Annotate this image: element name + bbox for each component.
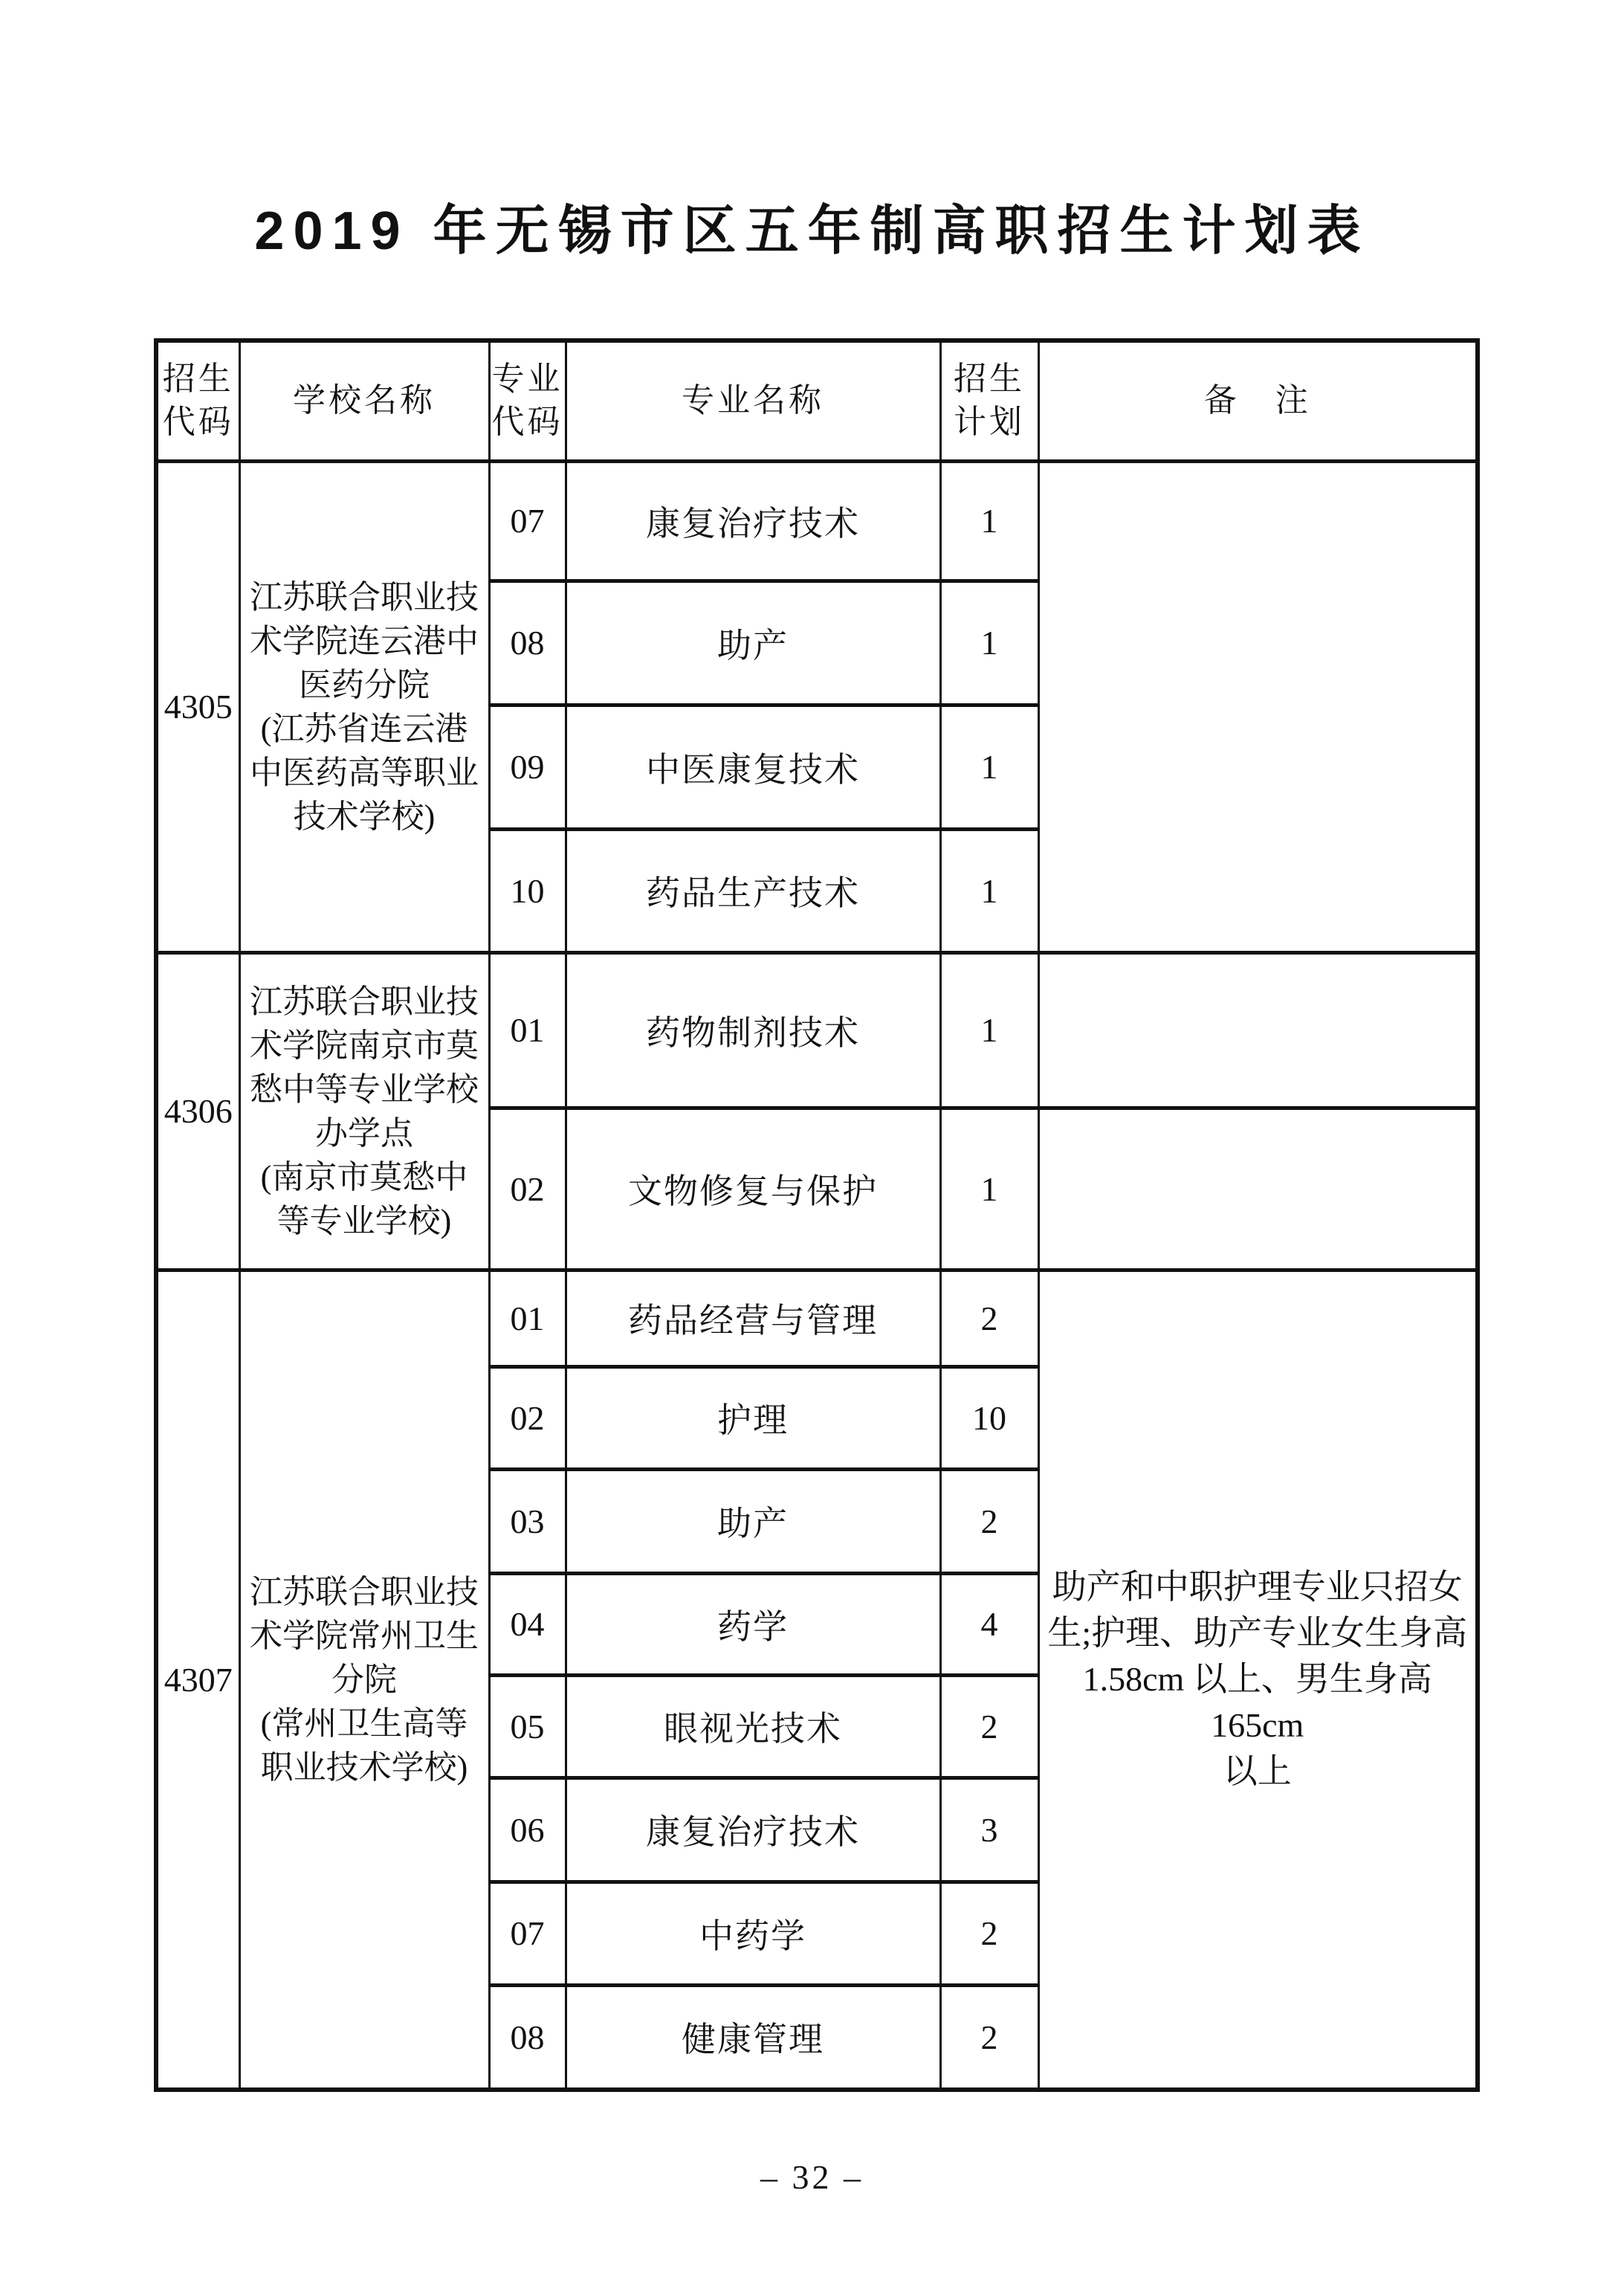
major-name-cell: 康复治疗技术 bbox=[566, 1777, 940, 1882]
plan-count-cell: 1 bbox=[940, 581, 1038, 705]
major-code-cell: 04 bbox=[489, 1573, 566, 1675]
enrollment-plan-table: 招生 代码 学校名称 专业 代码 专业名称 招生 计划 备 注 4305 江苏联… bbox=[154, 338, 1480, 2092]
plan-count-cell: 1 bbox=[940, 461, 1038, 581]
enroll-code-cell: 4307 bbox=[156, 1270, 239, 2090]
plan-count-cell: 2 bbox=[940, 1469, 1038, 1573]
header-major-code: 专业 代码 bbox=[489, 340, 566, 461]
major-code-cell: 01 bbox=[489, 1270, 566, 1366]
plan-count-cell: 2 bbox=[940, 1985, 1038, 2090]
header-enroll-plan: 招生 计划 bbox=[940, 340, 1038, 461]
plan-count-cell: 2 bbox=[940, 1675, 1038, 1777]
page-number: – 32 – bbox=[0, 2157, 1624, 2197]
major-code-cell: 09 bbox=[489, 705, 566, 829]
header-enroll-code: 招生 代码 bbox=[156, 340, 239, 461]
major-name-cell: 健康管理 bbox=[566, 1985, 940, 2090]
table-row: 4306 江苏联合职业技 术学院南京市莫 愁中等专业学校 办学点 (南京市莫愁中… bbox=[156, 952, 1478, 1108]
header-major-name: 专业名称 bbox=[566, 340, 940, 461]
plan-count-cell: 1 bbox=[940, 829, 1038, 952]
major-code-cell: 08 bbox=[489, 1985, 566, 2090]
major-code-cell: 02 bbox=[489, 1366, 566, 1469]
header-school-name: 学校名称 bbox=[239, 340, 489, 461]
major-name-cell: 康复治疗技术 bbox=[566, 461, 940, 581]
major-code-cell: 10 bbox=[489, 829, 566, 952]
school-name-cell: 江苏联合职业技 术学院常州卫生 分院 (常州卫生高等 职业技术学校) bbox=[239, 1270, 489, 2090]
major-name-cell: 药品生产技术 bbox=[566, 829, 940, 952]
major-name-cell: 文物修复与保护 bbox=[566, 1108, 940, 1270]
enroll-code-cell: 4305 bbox=[156, 461, 239, 952]
plan-count-cell: 2 bbox=[940, 1882, 1038, 1985]
major-name-cell: 助产 bbox=[566, 581, 940, 705]
school-name-cell: 江苏联合职业技 术学院南京市莫 愁中等专业学校 办学点 (南京市莫愁中 等专业学… bbox=[239, 952, 489, 1270]
remark-cell bbox=[1038, 461, 1478, 952]
table-row: 4307 江苏联合职业技 术学院常州卫生 分院 (常州卫生高等 职业技术学校) … bbox=[156, 1270, 1478, 1366]
major-code-cell: 08 bbox=[489, 581, 566, 705]
plan-count-cell: 3 bbox=[940, 1777, 1038, 1882]
major-name-cell: 护理 bbox=[566, 1366, 940, 1469]
major-code-cell: 07 bbox=[489, 1882, 566, 1985]
plan-count-cell: 4 bbox=[940, 1573, 1038, 1675]
major-code-cell: 03 bbox=[489, 1469, 566, 1573]
major-name-cell: 药学 bbox=[566, 1573, 940, 1675]
plan-count-cell: 1 bbox=[940, 1108, 1038, 1270]
table-row: 4305 江苏联合职业技 术学院连云港中 医药分院 (江苏省连云港 中医药高等职… bbox=[156, 461, 1478, 581]
enroll-code-cell: 4306 bbox=[156, 952, 239, 1270]
page-title: 2019 年无锡市区五年制高职招生计划表 bbox=[0, 187, 1624, 265]
major-code-cell: 02 bbox=[489, 1108, 566, 1270]
plan-count-cell: 1 bbox=[940, 952, 1038, 1108]
major-code-cell: 05 bbox=[489, 1675, 566, 1777]
plan-count-cell: 1 bbox=[940, 705, 1038, 829]
major-name-cell: 中医康复技术 bbox=[566, 705, 940, 829]
remark-cell bbox=[1038, 952, 1478, 1108]
major-name-cell: 助产 bbox=[566, 1469, 940, 1573]
header-remarks: 备 注 bbox=[1038, 340, 1478, 461]
major-name-cell: 药物制剂技术 bbox=[566, 952, 940, 1108]
remark-cell bbox=[1038, 1108, 1478, 1270]
remark-cell: 助产和中职护理专业只招女 生;护理、助产专业女生身高 1.58cm 以上、男生身… bbox=[1038, 1270, 1478, 2090]
plan-count-cell: 10 bbox=[940, 1366, 1038, 1469]
school-name-cell: 江苏联合职业技 术学院连云港中 医药分院 (江苏省连云港 中医药高等职业 技术学… bbox=[239, 461, 489, 952]
plan-count-cell: 2 bbox=[940, 1270, 1038, 1366]
major-name-cell: 药品经营与管理 bbox=[566, 1270, 940, 1366]
major-code-cell: 01 bbox=[489, 952, 566, 1108]
major-code-cell: 06 bbox=[489, 1777, 566, 1882]
table-header-row: 招生 代码 学校名称 专业 代码 专业名称 招生 计划 备 注 bbox=[156, 340, 1478, 461]
major-code-cell: 07 bbox=[489, 461, 566, 581]
document-page: 2019 年无锡市区五年制高职招生计划表 招生 代码 学校名称 专业 代码 专业… bbox=[0, 0, 1624, 2283]
major-name-cell: 眼视光技术 bbox=[566, 1675, 940, 1777]
major-name-cell: 中药学 bbox=[566, 1882, 940, 1985]
